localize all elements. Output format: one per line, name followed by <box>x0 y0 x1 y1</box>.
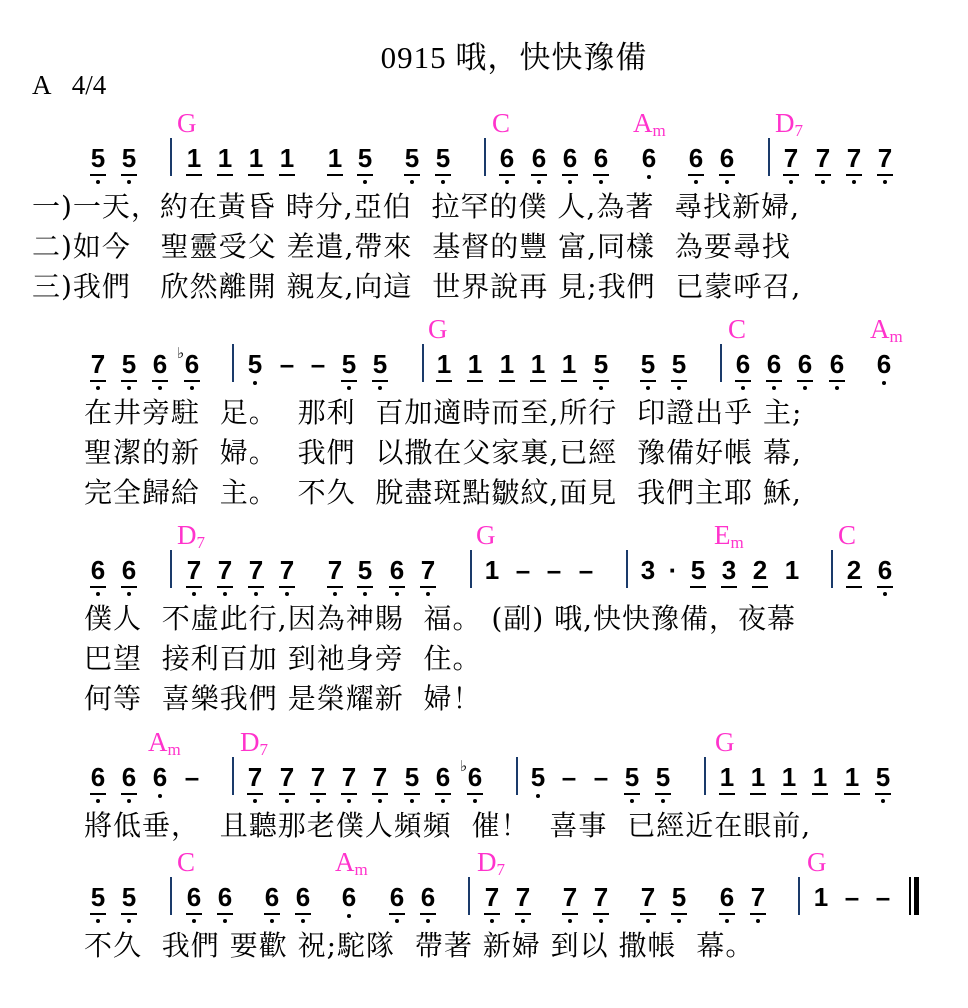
note: 6 <box>386 556 408 584</box>
hold-dash: – <box>558 763 580 791</box>
note: 5 <box>118 144 140 172</box>
chord-symbol: Am <box>148 729 181 763</box>
hold-dash: – <box>841 883 863 911</box>
note: 1 <box>464 350 486 378</box>
note: 6 <box>261 883 283 911</box>
chord-symbol: G <box>177 110 197 137</box>
note: 7 <box>512 883 534 911</box>
note: 6 <box>118 556 140 584</box>
note: 6 <box>183 883 205 911</box>
note: 6 <box>685 144 707 172</box>
note: 6 <box>149 350 171 378</box>
hold-dash: – <box>276 350 298 378</box>
chord-symbol: G <box>807 849 827 876</box>
note: 1 <box>716 763 738 791</box>
song-title: 0915 哦，快快豫備 <box>0 32 968 77</box>
note: 6 <box>464 763 486 791</box>
hold-dash: – <box>181 763 203 791</box>
barline <box>626 550 628 588</box>
note: 6 <box>638 144 660 172</box>
note: 7 <box>324 556 346 584</box>
note: 1 <box>324 144 346 172</box>
chord-symbol: D7 <box>240 729 268 763</box>
chord-symbol: Am <box>335 849 368 883</box>
chord-symbol: G <box>428 316 448 343</box>
note: 6 <box>794 350 816 378</box>
lyric-line-verse-1: 不久 我們 要歡 祝;駝隊 帶著 新婦 到以 撒帳 幕。 <box>84 931 754 961</box>
note: 7 <box>590 883 612 911</box>
note: 6 <box>732 350 754 378</box>
note: 5 <box>118 883 140 911</box>
note: 5 <box>244 350 266 378</box>
note: 7 <box>214 556 236 584</box>
note: 6 <box>496 144 518 172</box>
chord-symbol: D7 <box>775 110 803 144</box>
note: 1 <box>781 556 803 584</box>
key-signature: A <box>32 70 52 100</box>
note: 1 <box>481 556 503 584</box>
time-signature: 4/4 <box>72 70 107 100</box>
note: 6 <box>873 350 895 378</box>
hold-dash: – <box>590 763 612 791</box>
lyric-line-verse-1: 將低垂， 且聽那老僕人頻頻 催！ 喜事 已經近在眼前, <box>84 811 811 841</box>
lyric-line-verse-1: 在井旁駐 足。 那利 百加適時而至,所行 印證出乎 主; <box>84 398 802 428</box>
chord-symbol: Em <box>714 522 744 556</box>
note: 6 <box>763 350 785 378</box>
chord-symbol: D7 <box>477 849 505 883</box>
note: 7 <box>87 350 109 378</box>
note: 5 <box>401 763 423 791</box>
hold-dash: – <box>575 556 597 584</box>
note: 5 <box>687 556 709 584</box>
note: 7 <box>276 556 298 584</box>
dot-augmentation: · <box>662 556 684 584</box>
note: 5 <box>369 350 391 378</box>
lyric-line-verse-3: 三)我們 欣然離開 親友,向這 世界說再 見;我們 已蒙呼召, <box>32 272 801 302</box>
note: 1 <box>809 763 831 791</box>
note: 1 <box>245 144 267 172</box>
chord-symbol: D7 <box>177 522 205 556</box>
note: 7 <box>183 556 205 584</box>
note: 6 <box>716 883 738 911</box>
hold-dash: – <box>512 556 534 584</box>
note: 5 <box>637 350 659 378</box>
note: 1 <box>496 350 518 378</box>
barline <box>798 877 800 915</box>
barline <box>516 757 518 795</box>
note: 5 <box>354 556 376 584</box>
note: 1 <box>778 763 800 791</box>
barline <box>468 877 470 915</box>
barline <box>704 757 706 795</box>
note: 5 <box>118 350 140 378</box>
note: 7 <box>843 144 865 172</box>
note: 6 <box>87 556 109 584</box>
lyric-line-verse-3: 何等 喜樂我們 是榮耀新 婦！ <box>84 684 482 714</box>
note: 6 <box>292 883 314 911</box>
note: 1 <box>433 350 455 378</box>
chord-symbol: G <box>476 522 496 549</box>
lyric-line-verse-3: 完全歸給 主。 不久 脫盡斑點皺紋,面見 我們主耶 穌, <box>84 478 802 508</box>
chord-symbol: C <box>838 522 856 549</box>
note: 5 <box>652 763 674 791</box>
barline <box>470 550 472 588</box>
note: 7 <box>747 883 769 911</box>
note: 6 <box>149 763 171 791</box>
note: 6 <box>87 763 109 791</box>
note: 6 <box>716 144 738 172</box>
note: 6 <box>338 883 360 911</box>
note: 5 <box>87 144 109 172</box>
note: 7 <box>417 556 439 584</box>
note: 7 <box>338 763 360 791</box>
note: 2 <box>749 556 771 584</box>
note: 7 <box>276 763 298 791</box>
note: 1 <box>527 350 549 378</box>
chord-symbol: C <box>492 110 510 137</box>
barline <box>720 344 722 382</box>
note: 6 <box>826 350 848 378</box>
note: 7 <box>369 763 391 791</box>
barline <box>170 550 172 588</box>
barline <box>232 757 234 795</box>
note: 7 <box>780 144 802 172</box>
note: 1 <box>747 763 769 791</box>
note: 5 <box>872 763 894 791</box>
note: 6 <box>559 144 581 172</box>
key-time-signature: A 4/4 <box>32 70 106 101</box>
note: 7 <box>245 556 267 584</box>
note: 6 <box>386 883 408 911</box>
flat-accidental: ♭ <box>460 757 467 775</box>
barline <box>170 877 172 915</box>
note: 6 <box>432 763 454 791</box>
note: 5 <box>354 144 376 172</box>
note: 5 <box>527 763 549 791</box>
chord-symbol: C <box>177 849 195 876</box>
note: 2 <box>843 556 865 584</box>
barline <box>768 138 770 176</box>
final-barline-thin <box>909 877 911 915</box>
chord-symbol: C <box>728 316 746 343</box>
note: 7 <box>559 883 581 911</box>
note: 3 <box>718 556 740 584</box>
note: 1 <box>841 763 863 791</box>
note: 3 <box>637 556 659 584</box>
barline <box>422 344 424 382</box>
note: 6 <box>181 350 203 378</box>
chord-symbol: Am <box>633 110 666 144</box>
note: 5 <box>432 144 454 172</box>
note: 7 <box>244 763 266 791</box>
note: 5 <box>590 350 612 378</box>
note: 7 <box>874 144 896 172</box>
flat-accidental: ♭ <box>177 344 184 362</box>
note: 7 <box>812 144 834 172</box>
note: 5 <box>401 144 423 172</box>
chord-symbol: G <box>715 729 735 756</box>
note: 5 <box>668 883 690 911</box>
barline <box>484 138 486 176</box>
hold-dash: – <box>307 350 329 378</box>
note: 6 <box>417 883 439 911</box>
lyric-line-verse-2: 巴望 接利百加 到祂身旁 住。 <box>84 644 482 674</box>
note: 6 <box>214 883 236 911</box>
barline <box>831 550 833 588</box>
hold-dash: – <box>872 883 894 911</box>
lyric-line-verse-1: 一)一天，約在黃昏 時分,亞伯 拉罕的僕 人,為著 尋找新婦, <box>32 192 800 222</box>
note: 1 <box>810 883 832 911</box>
note: 1 <box>214 144 236 172</box>
note: 1 <box>183 144 205 172</box>
lyric-line-verse-2: 聖潔的新 婦。 我們 以撒在父家裏,已經 豫備好帳 幕, <box>84 438 802 468</box>
barline <box>232 344 234 382</box>
note: 7 <box>307 763 329 791</box>
note: 5 <box>668 350 690 378</box>
note: 5 <box>87 883 109 911</box>
lyric-line-verse-2: 二)如今 聖靈受父 差遣,帶來 基督的豐 富,同樣 為要尋找 <box>32 232 791 262</box>
note: 1 <box>276 144 298 172</box>
note: 6 <box>528 144 550 172</box>
lyric-line-verse-1: 僕人 不虛此行,因為神賜 福。 (副) 哦,快快豫備，夜幕 <box>84 604 796 634</box>
note: 7 <box>481 883 503 911</box>
chord-symbol: Am <box>870 316 903 350</box>
note: 5 <box>621 763 643 791</box>
barline <box>170 138 172 176</box>
final-barline-thick <box>914 877 919 915</box>
note: 6 <box>118 763 140 791</box>
note: 6 <box>590 144 612 172</box>
note: 6 <box>874 556 896 584</box>
note: 7 <box>637 883 659 911</box>
note: 5 <box>338 350 360 378</box>
note: 1 <box>558 350 580 378</box>
hold-dash: – <box>543 556 565 584</box>
